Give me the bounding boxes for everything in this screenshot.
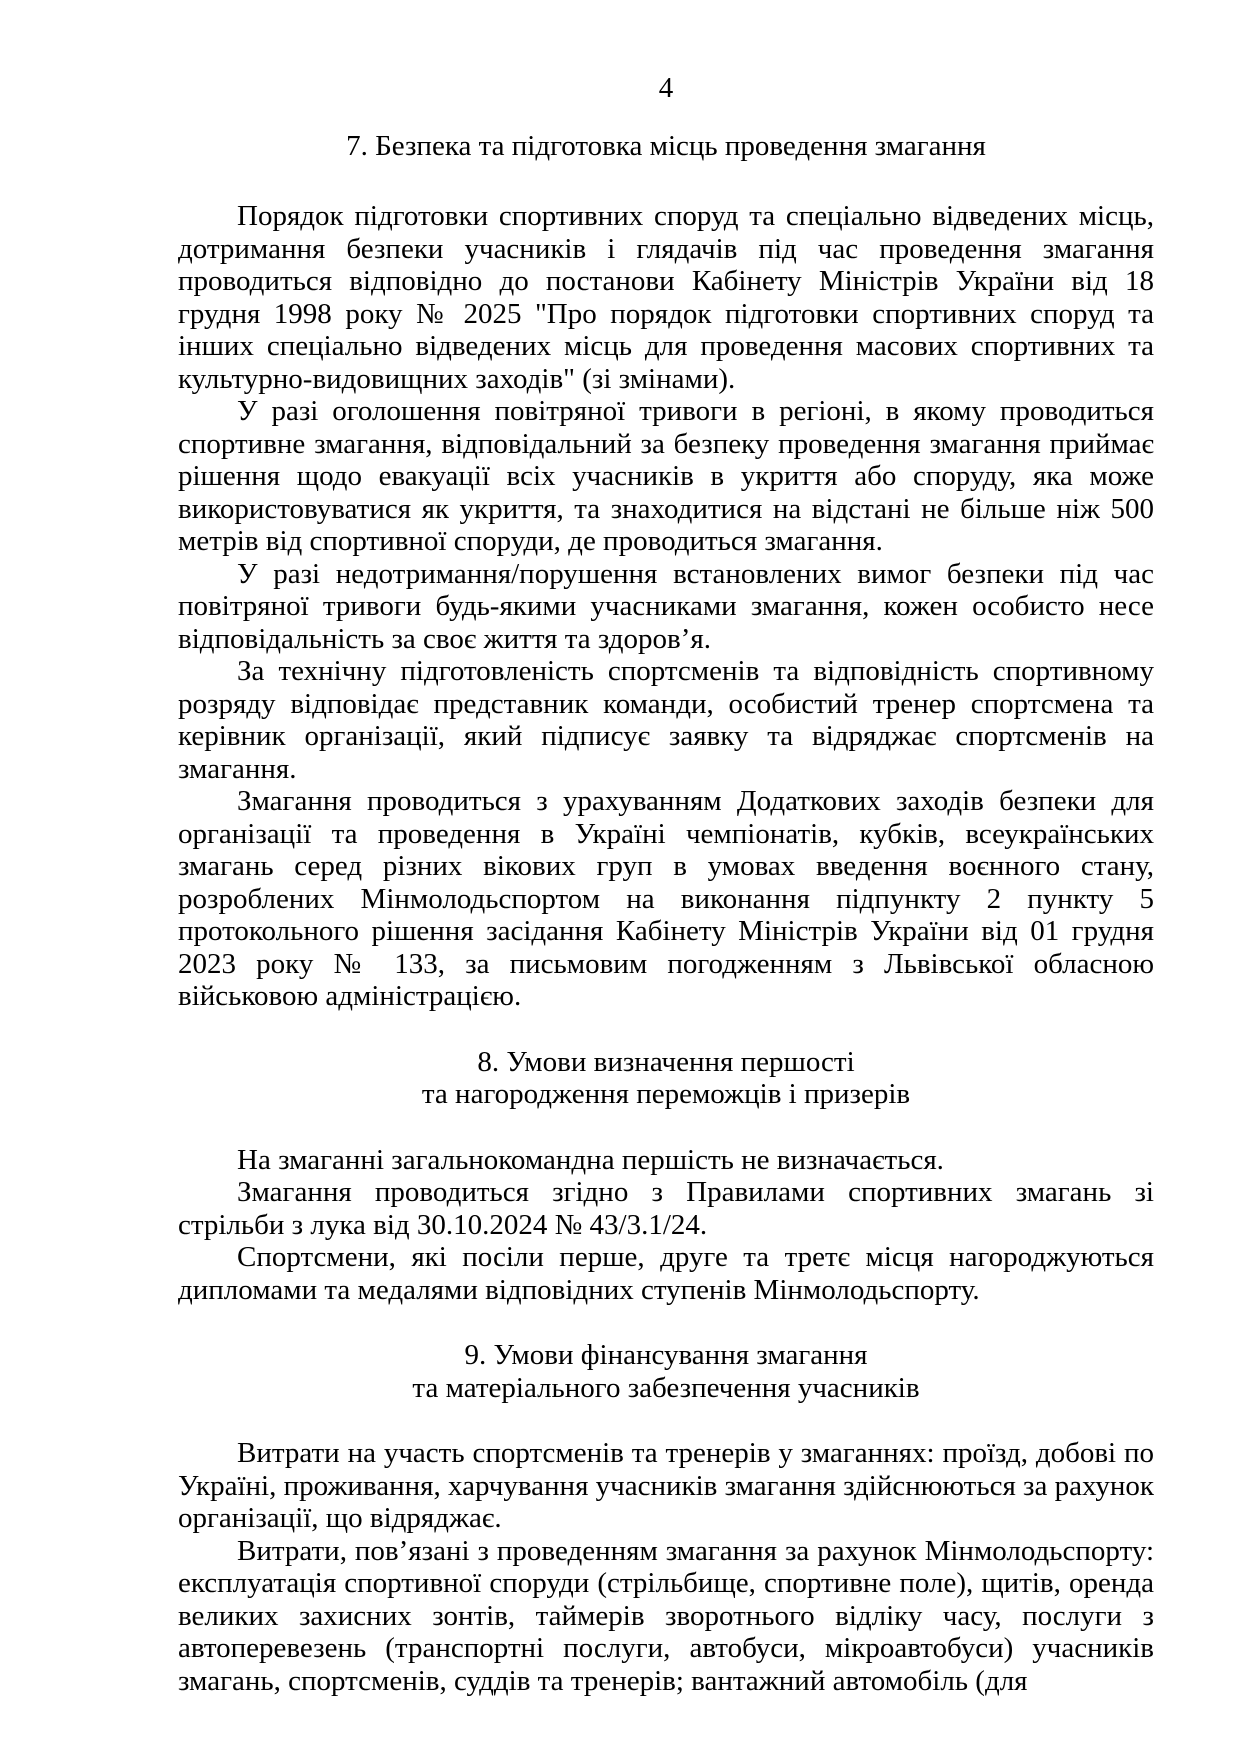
heading-line: 7. Безпека та підготовка місць проведенн… bbox=[178, 130, 1154, 163]
section-7-heading: 7. Безпека та підготовка місць проведенн… bbox=[178, 130, 1154, 163]
section-9-heading: 9. Умови фінансування змагання та матері… bbox=[178, 1339, 1154, 1404]
text-column: 4 7. Безпека та підготовка місць проведе… bbox=[178, 72, 1154, 1697]
heading-line: 9. Умови фінансування змагання bbox=[178, 1339, 1154, 1372]
heading-line: та матеріального забезпечення учасників bbox=[178, 1372, 1154, 1405]
body-paragraph: Порядок підготовки спортивних споруд та … bbox=[178, 200, 1154, 395]
section-8-heading: 8. Умови визначення першості та нагородж… bbox=[178, 1046, 1154, 1111]
page-number: 4 bbox=[178, 72, 1154, 105]
body-paragraph: На змаганні загальнокомандна першість не… bbox=[178, 1144, 1154, 1177]
body-paragraph: Змагання проводиться згідно з Правилами … bbox=[178, 1176, 1154, 1241]
body-paragraph: Спортсмени, які посіли перше, друге та т… bbox=[178, 1241, 1154, 1306]
body-paragraph: У разі оголошення повітряної тривоги в р… bbox=[178, 395, 1154, 558]
body-paragraph: Змагання проводиться з урахуванням Додат… bbox=[178, 785, 1154, 1013]
document-page: 4 7. Безпека та підготовка місць проведе… bbox=[0, 0, 1241, 1755]
body-paragraph: За технічну підготовленість спортсменів … bbox=[178, 655, 1154, 785]
heading-line: та нагородження переможців і призерів bbox=[178, 1078, 1154, 1111]
body-paragraph: Витрати на участь спортсменів та тренері… bbox=[178, 1437, 1154, 1535]
body-paragraph: У разі недотримання/порушення встановлен… bbox=[178, 558, 1154, 656]
heading-line: 8. Умови визначення першості bbox=[178, 1046, 1154, 1079]
body-paragraph: Витрати, пов’язані з проведенням змаганн… bbox=[178, 1535, 1154, 1698]
